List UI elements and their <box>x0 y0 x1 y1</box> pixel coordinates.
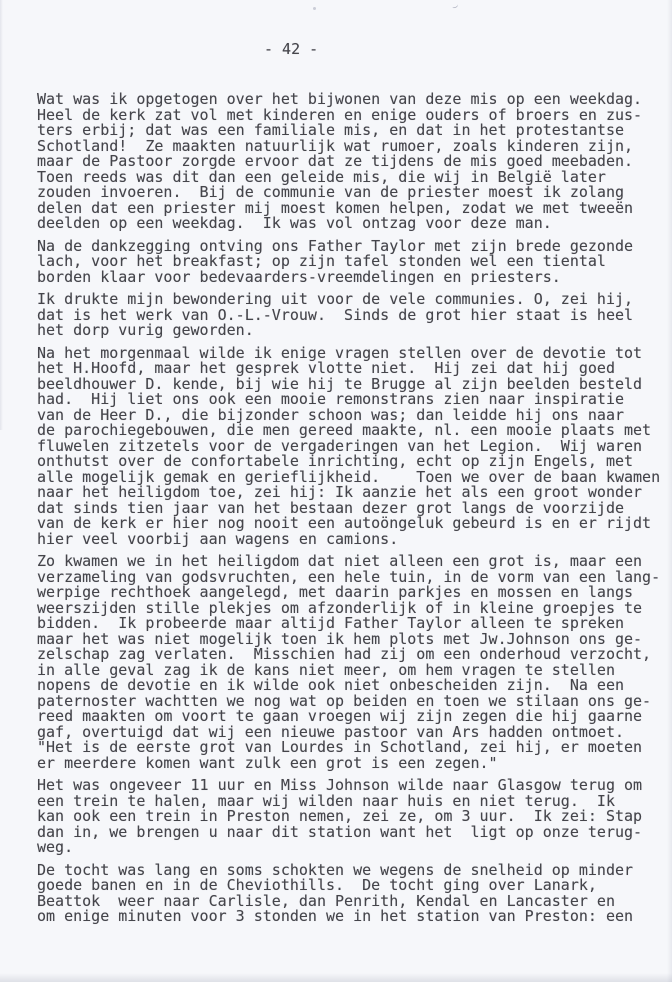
paragraph: Na de dankzegging ontving ons Father Tay… <box>37 239 672 286</box>
paragraph: Zo kwamen we in het heiligdom dat niet a… <box>37 554 672 771</box>
paragraph: Wat was ik opgetogen over het bijwonen v… <box>37 92 672 232</box>
left-edge-scan-shadow <box>0 0 3 430</box>
paragraph: De tocht was lang en soms schokten we we… <box>37 863 672 925</box>
paragraph: Het was ongeveer 11 uur en Miss Johnson … <box>37 778 672 856</box>
scan-speck <box>313 7 316 10</box>
paragraph: Ik drukte mijn bewondering uit voor de v… <box>37 292 672 339</box>
document-page: - 42 - Wat was ik opgetogen over het bij… <box>0 0 672 982</box>
scan-mark <box>451 2 458 8</box>
bottom-edge-scan-shadow <box>0 973 672 982</box>
paragraph: Na het morgenmaal wilde ik enige vragen … <box>37 346 672 548</box>
right-edge-scan-shadow <box>667 0 672 982</box>
page-number: - 42 - <box>264 41 318 57</box>
body-text: Wat was ik opgetogen over het bijwonen v… <box>37 92 672 932</box>
